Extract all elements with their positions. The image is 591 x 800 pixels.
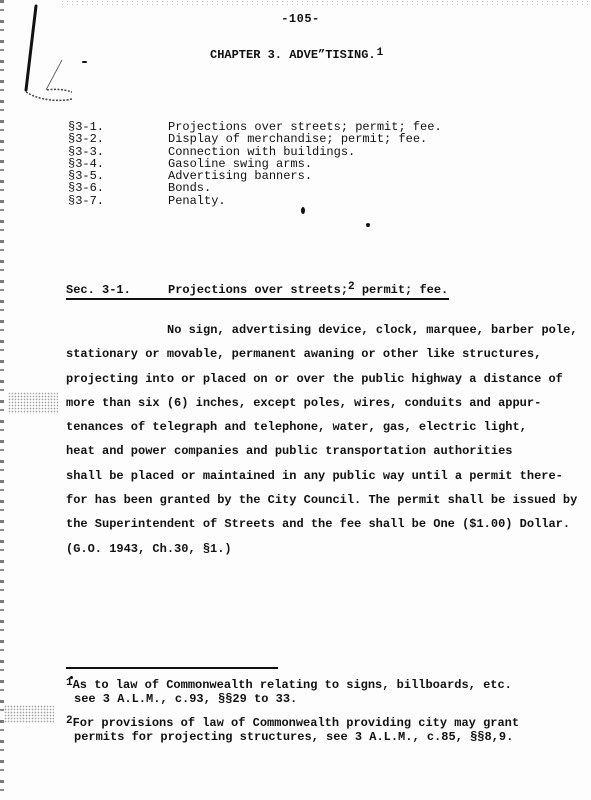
body-line: for has been granted by the City Council…	[66, 488, 586, 512]
footnote-separator	[66, 667, 278, 669]
body-line: tenances of telegraph and telephone, wat…	[66, 415, 586, 439]
toc-item: §3-7. Penalty.	[68, 195, 442, 207]
body-line: the Superintendent of Streets and the fe…	[66, 512, 586, 536]
scan-smudge	[8, 392, 58, 414]
scan-smudge	[4, 705, 54, 723]
footnote-text: As to law of Commonwealth relating to si…	[73, 678, 512, 692]
toc-item: §3-6. Bonds.	[68, 182, 442, 194]
body-line: projecting into or placed on or over the…	[66, 367, 586, 391]
toc-item-title: Bonds.	[168, 182, 211, 194]
body-line citation: (G.O. 1943, Ch.30, §1.)	[66, 537, 586, 561]
toc-item-number: §3-2.	[68, 133, 168, 145]
footnotes: 1As to law of Commonwealth relating to s…	[66, 679, 519, 743]
scan-noise-top	[60, 0, 591, 6]
body-line: shall be placed or maintained in any pub…	[66, 464, 586, 488]
section-body: No sign, advertising device, clock, marq…	[66, 318, 586, 561]
chapter-footnote-marker: 1	[377, 47, 384, 59]
chapter-title: CHAPTER 3. ADVE”TISING.1	[210, 48, 383, 62]
chapter-title-text: CHAPTER 3. ADVE”TISING.	[210, 48, 376, 62]
document-page: -105- CHAPTER 3. ADVE”TISING.1 §3-1. Pro…	[0, 0, 591, 800]
section-number: Sec. 3-1.	[66, 283, 168, 297]
footnote-marker: 2	[66, 715, 73, 727]
toc-item: §3-5. Advertising banners.	[68, 170, 442, 182]
body-line: No sign, advertising device, clock, marq…	[66, 318, 586, 342]
footnote-marker: 1	[66, 677, 73, 689]
toc-item-title: Display of merchandise; permit; fee.	[168, 133, 427, 145]
binding-edge-marks	[0, 0, 4, 800]
body-line: stationary or movable, permanent awaning…	[66, 342, 586, 366]
footnote-text-cont: permits for projecting structures, see 3…	[66, 731, 519, 744]
footnote-text: For provisions of law of Commonwealth pr…	[73, 716, 519, 730]
body-line: heat and power companies and public tran…	[66, 439, 586, 463]
section-title-part2: permit; fee.	[355, 283, 449, 297]
toc-item-title: Penalty.	[168, 195, 226, 207]
footnote-text-cont: see 3 A.L.M., c.93, §§29 to 33.	[66, 693, 519, 706]
table-of-contents: §3-1. Projections over streets; permit; …	[68, 121, 442, 207]
section-heading-underline	[66, 298, 449, 300]
section-heading: Sec. 3-1.Projections over streets;2 perm…	[66, 283, 448, 297]
footnote-2: 2For provisions of law of Commonwealth p…	[66, 717, 519, 743]
scan-speck	[82, 61, 87, 63]
toc-item-number: §3-7.	[68, 195, 168, 207]
scan-speck	[366, 223, 370, 227]
body-line: more than six (6) inches, except poles, …	[66, 391, 586, 415]
scan-speck	[301, 207, 305, 214]
section-footnote-marker: 2	[348, 281, 355, 293]
toc-item: §3-2. Display of merchandise; permit; fe…	[68, 133, 442, 145]
toc-item-number: §3-6.	[68, 182, 168, 194]
footnote-1: 1As to law of Commonwealth relating to s…	[66, 679, 519, 705]
page-number: -105-	[0, 12, 591, 26]
section-title-part1: Projections over streets;	[168, 283, 348, 297]
